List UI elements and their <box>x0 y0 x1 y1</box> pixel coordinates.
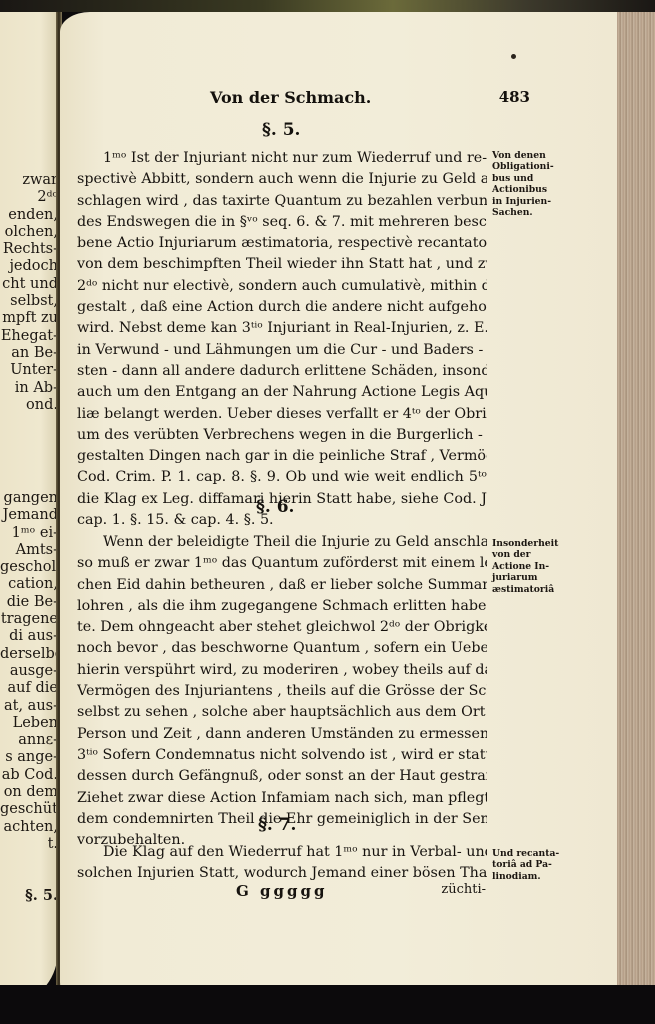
margin-note-line: von der <box>492 549 572 560</box>
top-background-strip <box>0 0 655 12</box>
text-line: schlagen wird , das taxirte Quantum zu b… <box>77 191 487 212</box>
text-line: dessen durch Gefängnuß, oder sonst an de… <box>77 766 487 787</box>
text-line: wird. Nebst deme kan 3ᵗⁱᵒ Injuriant in R… <box>77 318 487 339</box>
left-page-line: gangen <box>0 490 58 507</box>
section-heading-6: §. 6. <box>256 497 294 517</box>
left-page-line: Leben <box>0 715 58 732</box>
text-line: selbst zu sehen , solche aber hauptsächl… <box>77 702 487 723</box>
margin-note-line: Actionibus <box>492 184 572 195</box>
text-line: in Verwund - und Lähmungen um die Cur - … <box>77 340 487 361</box>
text-line: te. Dem ohngeacht aber stehet gleichwol … <box>77 617 487 638</box>
text-line: sten - dann all andere dadurch erlittene… <box>77 361 487 382</box>
text-line: so muß er zwar 1ᵐᵒ das Quantum zuförders… <box>77 553 487 574</box>
text-line: Wenn der beleidigte Theil die Injurie zu… <box>77 532 487 553</box>
text-line: bene Actio Injuriarum æstimatoria, respe… <box>77 233 487 254</box>
left-page-line: selbst, <box>0 293 58 310</box>
text-line: 2ᵈᵒ nicht nur electivè, sondern auch cum… <box>77 276 487 297</box>
left-page-line: mpft zu <box>0 310 58 327</box>
text-line: von dem beschimpften Theil wieder ihn St… <box>77 254 487 275</box>
left-page-line: geschol- <box>0 559 58 576</box>
left-page-line: t. <box>0 836 58 853</box>
page-edges <box>617 12 655 1012</box>
left-page-line: in Ab- <box>0 380 58 397</box>
margin-note-line: in Injurien- <box>492 196 572 207</box>
margin-note-line: bus und <box>492 173 572 184</box>
text-line: Person und Zeit , dann anderen Umständen… <box>77 724 487 745</box>
catchword: züchti- <box>441 882 486 897</box>
page-number: 483 <box>499 88 530 106</box>
left-page-lower-text: gangenJemand1ᵐᵒ ei-Amts-geschol-cation,d… <box>0 490 58 853</box>
margin-note-line: æstimatoriâ <box>492 584 572 595</box>
left-page-line: zwar <box>0 172 58 189</box>
left-page-line: enden, <box>0 207 58 224</box>
left-page-line: Rechts- <box>0 241 58 258</box>
left-page-line: cht und <box>0 276 58 293</box>
margin-note-line: linodiam. <box>492 871 572 882</box>
text-line: Die Klag auf den Wiederruf hat 1ᵐᵒ nur i… <box>77 842 487 863</box>
text-line: auch um den Entgang an der Nahrung Actio… <box>77 382 487 403</box>
left-page-line: Amts- <box>0 542 58 559</box>
page-footer: G ggggg züchti- <box>236 882 486 904</box>
left-page-line: jedoch <box>0 258 58 275</box>
left-page-line: s ange- <box>0 749 58 766</box>
text-line: hierin verspührt wird, zu moderiren , wo… <box>77 660 487 681</box>
margin-note-line: toriâ ad Pa- <box>492 859 572 870</box>
margin-note-line: Actione In- <box>492 561 572 572</box>
left-page-line: 1ᵐᵒ ei- <box>0 525 58 542</box>
section-heading-7: §. 7. <box>258 815 296 835</box>
left-page-line: auf die <box>0 680 58 697</box>
left-page-line: annε- <box>0 732 58 749</box>
margin-note-line: Von denen <box>492 150 572 161</box>
left-page-line: ab Cod. <box>0 767 58 784</box>
section-heading-5: §. 5. <box>262 120 300 140</box>
text-line: 3ᵗⁱᵒ Sofern Condemnatus nicht solvendo i… <box>77 745 487 766</box>
section-6-body: Wenn der beleidigte Theil die Injurie zu… <box>77 532 487 851</box>
left-page-line: at, aus- <box>0 698 58 715</box>
left-page-line: geschützt <box>0 801 58 818</box>
left-page-line: an Be- <box>0 345 58 362</box>
left-page-line: Jemand <box>0 507 58 524</box>
left-page-line: Ehegat- <box>0 328 58 345</box>
left-page-upper-text: zwar2ᵈᵒenden,olchen,Rechts-jedochcht und… <box>0 172 58 414</box>
text-line: Vermögen des Injuriantens , theils auf d… <box>77 681 487 702</box>
text-line: Cod. Crim. P. 1. cap. 8. §. 9. Ob und wi… <box>77 467 487 488</box>
text-line: lohren , als die ihm zugegangene Schmach… <box>77 596 487 617</box>
text-line: spectivè Abbitt, sondern auch wenn die I… <box>77 169 487 190</box>
text-line: gestalt , daß eine Action durch die ande… <box>77 297 487 318</box>
text-line: um des verübten Verbrechens wegen in die… <box>77 425 487 446</box>
margin-note-line: Und recanta- <box>492 848 572 859</box>
left-page-line: tragene <box>0 611 58 628</box>
section-7-body: Die Klag auf den Wiederruf hat 1ᵐᵒ nur i… <box>77 842 487 885</box>
left-page-line: ausge- <box>0 663 58 680</box>
left-page-line: di aus- <box>0 628 58 645</box>
left-page-line: cation, <box>0 576 58 593</box>
left-page-line: Unter- <box>0 362 58 379</box>
left-page-line: on dem <box>0 784 58 801</box>
text-line: liæ belangt werden. Ueber dieses verfall… <box>77 404 487 425</box>
margin-note-line: Obligationi- <box>492 161 572 172</box>
margin-note-line: Insonderheit <box>492 538 572 549</box>
margin-note-line: Sachen. <box>492 207 572 218</box>
signature-mark: G ggggg <box>236 882 327 900</box>
bottom-background <box>0 985 655 1024</box>
left-page-section-mark: §. 5. <box>8 887 58 904</box>
text-line: noch bevor , das beschworne Quantum , so… <box>77 638 487 659</box>
left-page-line: olchen, <box>0 224 58 241</box>
left-page-line: 2ᵈᵒ <box>0 189 58 206</box>
text-line: 1ᵐᵒ Ist der Injuriant nicht nur zum Wied… <box>77 148 487 169</box>
margin-note-recantatoria: Und recanta-toriâ ad Pa-linodiam. <box>492 848 572 882</box>
running-title: Von der Schmach. <box>210 88 371 107</box>
text-line: des Endswegen die in §ᵛᵒ seq. 6. & 7. mi… <box>77 212 487 233</box>
left-page-fragment: zwar2ᵈᵒenden,olchen,Rechts-jedochcht und… <box>0 12 58 1000</box>
margin-note-obligations: Von denenObligationi-bus undActionibusin… <box>492 150 572 218</box>
section-5-body: 1ᵐᵒ Ist der Injuriant nicht nur zum Wied… <box>77 148 487 531</box>
left-page-line: ond. <box>0 397 58 414</box>
margin-note-aestimatoria: Insonderheitvon derActione In-juriarumæs… <box>492 538 572 595</box>
ink-speck <box>511 54 516 59</box>
page-header: Von der Schmach. 483 <box>210 88 530 112</box>
margin-note-line: juriarum <box>492 572 572 583</box>
left-page-line: die Be- <box>0 594 58 611</box>
text-line: gestalten Dingen nach gar in die peinlic… <box>77 446 487 467</box>
left-page-line: achten, <box>0 819 58 836</box>
left-page-line: derselbe <box>0 646 58 663</box>
text-line: Ziehet zwar diese Action Infamiam nach s… <box>77 788 487 809</box>
text-line: chen Eid dahin betheuren , daß er lieber… <box>77 575 487 596</box>
